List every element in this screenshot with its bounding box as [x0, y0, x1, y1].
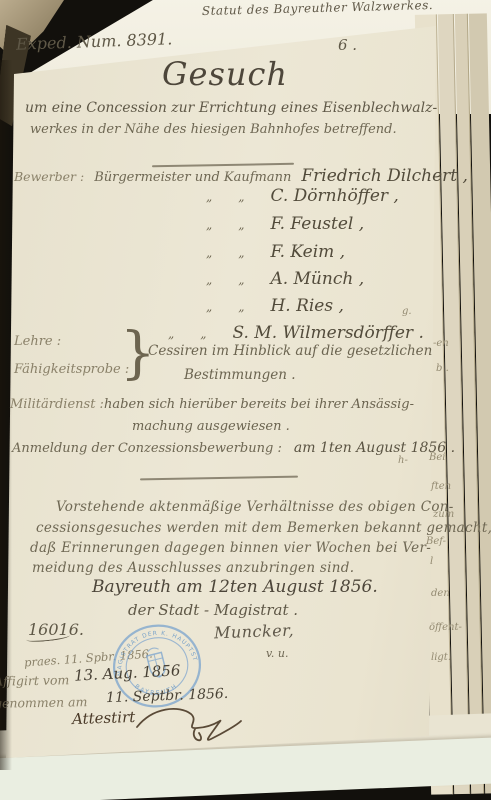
ditto-mark: „ [206, 246, 212, 260]
issuer: der Stadt - Magistrat . [128, 601, 298, 619]
registration-label: Anmeldung der Conzessionsbewerbung : [12, 441, 282, 456]
applicant-name: F. Keim , [270, 242, 345, 262]
ditto-mark: „ [238, 190, 244, 204]
dateline: Bayreuth am 12ten August 1856. [92, 577, 378, 597]
applicant-name: H. Ries , [270, 296, 343, 316]
applicant-name: F. Feustel , [270, 214, 364, 234]
ditto-mark: „ [206, 300, 212, 314]
margin-fragment: den [431, 588, 450, 599]
ditto-mark: „ [206, 190, 212, 204]
exped-number: Exped. Num. 8391. [16, 29, 173, 53]
applicant-row: „ „ A. Münch , [206, 269, 364, 289]
margin-fragment: l [430, 556, 433, 567]
applicant-row: „ „ S. M. Wilmersdörffer . [168, 323, 424, 343]
registration-line: Anmeldung der Conzessionsbewerbung : am … [12, 440, 455, 456]
notice-line-1: Vorstehende aktenmäßige Verhältnisse des… [56, 499, 454, 515]
divider-rule [140, 476, 298, 481]
notice-line-3: daß Erinnerungen dagegen binnen vier Woc… [30, 540, 431, 556]
margin-fragment: -en [433, 338, 449, 349]
ditto-mark: „ [206, 273, 212, 287]
margin-fragment: g. [402, 306, 412, 317]
qualification-label-lehre: Lehre : [14, 334, 61, 349]
qualification-text-2: Bestimmungen . [184, 367, 295, 383]
ditto-mark: „ [200, 327, 206, 341]
attest-note: Attestirt [72, 708, 136, 728]
ditto-mark: „ [238, 273, 244, 287]
folio-number: 6 . [338, 36, 357, 54]
applicant-row: „ „ F. Keim , [206, 242, 345, 262]
applicant-name: Friedrich Dilchert , [301, 166, 468, 186]
margin-fragment: h- [398, 455, 408, 466]
binding-shadow [0, 60, 12, 770]
clerk-signature-flourish [133, 699, 248, 745]
qualification-label-probe: Fähigkeitsprobe : [14, 362, 129, 377]
applicant-name: C. Dörnhöffer , [270, 186, 398, 206]
document-title: Gesuch [150, 55, 300, 93]
applicant-name: A. Münch , [270, 269, 364, 289]
ditto-mark: „ [238, 218, 244, 232]
ditto-mark: „ [168, 327, 174, 341]
applicants-line: Bewerber : Bürgermeister und Kaufmann Fr… [14, 166, 468, 186]
military-label: Militärdienst : [10, 397, 104, 412]
margin-fragment: zum [433, 509, 454, 520]
signature-note: v. u. [266, 647, 288, 660]
ditto-mark: „ [238, 300, 244, 314]
notice-line-2: cessionsgesuches werden mit dem Bemerken… [36, 520, 491, 536]
archival-photo: Statut des Bayreuther Walzwerkes. Exped.… [0, 0, 491, 800]
military-text-2: machung ausgewiesen . [132, 419, 290, 434]
magistrate-signature: Muncker, [214, 621, 295, 643]
margin-fragment: Bef- [426, 536, 446, 547]
ditto-mark: „ [206, 218, 212, 232]
subtitle-line-1: um eine Concession zur Errichtung eines … [25, 100, 431, 116]
margin-fragment: ligt. [431, 652, 451, 663]
subtitle-line-2: werkes in der Nähe des hiesigen Bahnhofe… [30, 122, 397, 137]
military-text-1: haben sich hierüber bereits bei ihrer An… [104, 397, 414, 412]
applicant-row: „ „ F. Feustel , [206, 214, 364, 234]
ditto-mark: „ [238, 246, 244, 260]
margin-fragment: Bei [429, 452, 445, 463]
margin-fragment: öffent- [429, 622, 462, 633]
applicant-row: „ „ C. Dörnhöffer , [206, 186, 399, 206]
margin-fragment: ften [431, 481, 451, 492]
document-content: Exped. Num. 8391. 6 . Gesuch um eine Con… [0, 0, 491, 800]
removed-label: genommen am [0, 694, 88, 711]
applicant-name: S. M. Wilmersdörffer . [232, 323, 423, 343]
applicant-row: „ „ H. Ries , [206, 296, 344, 316]
notice-line-4: meidung des Ausschlusses anzubringen sin… [32, 560, 354, 576]
applicants-label: Bewerber : [14, 169, 84, 184]
margin-fragment: b . [436, 363, 449, 374]
qualification-text-1: Cessiren im Hinblick auf die gesetzliche… [148, 343, 432, 359]
applicant-occupation: Bürgermeister und Kaufmann [94, 170, 291, 185]
